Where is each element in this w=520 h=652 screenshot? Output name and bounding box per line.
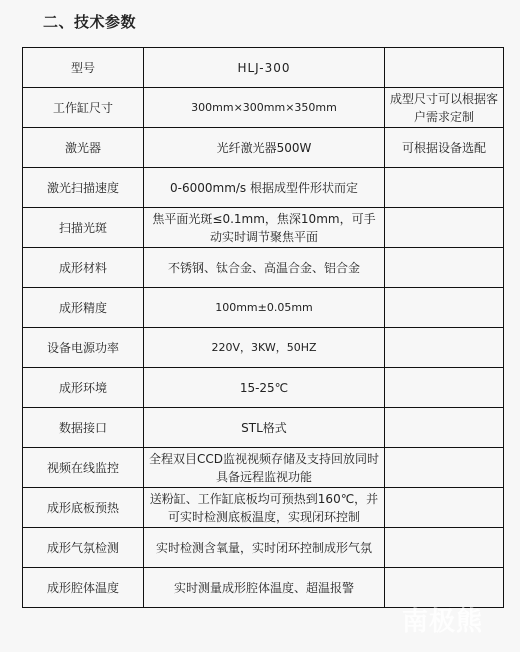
note-cell: 成型尺寸可以根据客户需求定制 — [385, 88, 504, 128]
value-cell: 100mm±0.05mm — [144, 288, 385, 328]
table-row: 成形环境 15-25℃ — [23, 368, 504, 408]
param-cell: 成形腔体温度 — [23, 568, 144, 608]
table-row: 数据接口 STL格式 — [23, 408, 504, 448]
table-row: 型号 HLJ-300 — [23, 48, 504, 88]
note-cell — [385, 448, 504, 488]
value-cell: 0-6000mm/s 根据成型件形状而定 — [144, 168, 385, 208]
param-cell: 视频在线监控 — [23, 448, 144, 488]
param-cell: 成形环境 — [23, 368, 144, 408]
param-cell: 成形精度 — [23, 288, 144, 328]
note-cell — [385, 248, 504, 288]
value-cell: 实时检测含氧量，实时闭环控制成形气氛 — [144, 528, 385, 568]
note-cell — [385, 528, 504, 568]
spec-table: 型号 HLJ-300 工作缸尺寸 300mm×300mm×350mm 成型尺寸可… — [22, 47, 504, 608]
note-cell: 可根据设备选配 — [385, 128, 504, 168]
value-cell: 不锈钢、钛合金、高温合金、铝合金 — [144, 248, 385, 288]
value-cell: 实时测量成形腔体温度、超温报警 — [144, 568, 385, 608]
param-cell: 成形材料 — [23, 248, 144, 288]
value-cell: 220V，3KW，50HZ — [144, 328, 385, 368]
value-cell: 全程双目CCD监视视频存储及支持回放同时具备远程监视功能 — [144, 448, 385, 488]
table-row: 设备电源功率 220V，3KW，50HZ — [23, 328, 504, 368]
value-cell: 焦平面光斑≤0.1mm，焦深10mm，可手动实时调节聚焦平面 — [144, 208, 385, 248]
note-cell — [385, 208, 504, 248]
note-cell — [385, 368, 504, 408]
table-row: 成形材料 不锈钢、钛合金、高温合金、铝合金 — [23, 248, 504, 288]
note-cell — [385, 288, 504, 328]
param-cell: 扫描光斑 — [23, 208, 144, 248]
value-cell: 15-25℃ — [144, 368, 385, 408]
param-cell: 激光扫描速度 — [23, 168, 144, 208]
value-cell: HLJ-300 — [144, 48, 385, 88]
note-cell — [385, 488, 504, 528]
table-row: 激光扫描速度 0-6000mm/s 根据成型件形状而定 — [23, 168, 504, 208]
note-cell — [385, 168, 504, 208]
value-cell: 送粉缸、工作缸底板均可预热到160℃，并可实时检测底板温度，实现闭环控制 — [144, 488, 385, 528]
param-cell: 成形气氛检测 — [23, 528, 144, 568]
table-row: 工作缸尺寸 300mm×300mm×350mm 成型尺寸可以根据客户需求定制 — [23, 88, 504, 128]
param-cell: 设备电源功率 — [23, 328, 144, 368]
value-cell: 光纤激光器500W — [144, 128, 385, 168]
note-cell — [385, 408, 504, 448]
param-cell: 工作缸尺寸 — [23, 88, 144, 128]
table-row: 视频在线监控 全程双目CCD监视视频存储及支持回放同时具备远程监视功能 — [23, 448, 504, 488]
param-cell: 型号 — [23, 48, 144, 88]
watermark-logo: 南极熊 — [402, 601, 483, 638]
table-row: 激光器 光纤激光器500W 可根据设备选配 — [23, 128, 504, 168]
table-row: 成形精度 100mm±0.05mm — [23, 288, 504, 328]
value-cell: 300mm×300mm×350mm — [144, 88, 385, 128]
value-cell: STL格式 — [144, 408, 385, 448]
table-row: 扫描光斑 焦平面光斑≤0.1mm，焦深10mm，可手动实时调节聚焦平面 — [23, 208, 504, 248]
note-cell — [385, 48, 504, 88]
section-heading: 二、技术参数 — [43, 11, 136, 32]
table-row: 成形气氛检测 实时检测含氧量，实时闭环控制成形气氛 — [23, 528, 504, 568]
param-cell: 成形底板预热 — [23, 488, 144, 528]
table-row: 成形底板预热 送粉缸、工作缸底板均可预热到160℃，并可实时检测底板温度，实现闭… — [23, 488, 504, 528]
param-cell: 激光器 — [23, 128, 144, 168]
note-cell — [385, 328, 504, 368]
param-cell: 数据接口 — [23, 408, 144, 448]
